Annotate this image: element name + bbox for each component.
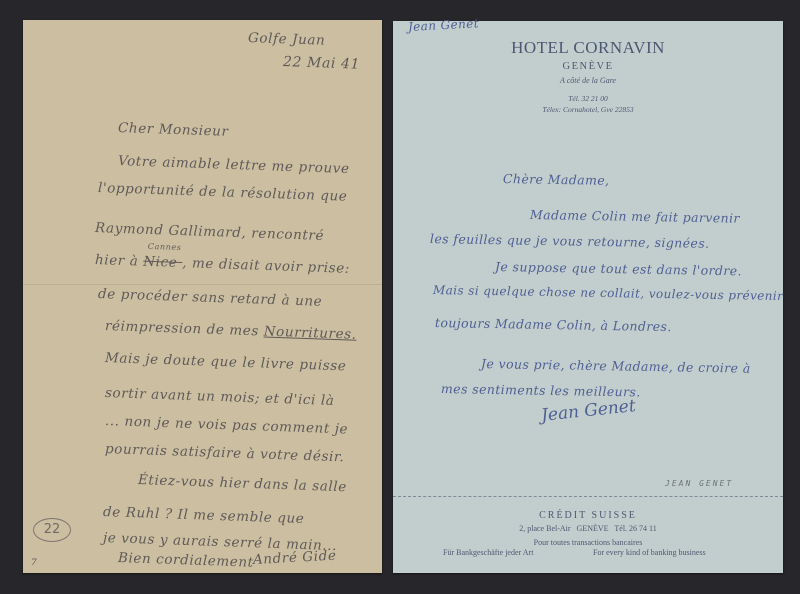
letter-line: toujours Madame Colin, à Londres. bbox=[435, 315, 672, 334]
paper-fold-line bbox=[23, 284, 382, 285]
letter-salutation: Chère Madame, bbox=[503, 171, 610, 188]
letter-line: mes sentiments les meilleurs. bbox=[441, 381, 641, 399]
letter-signature: Jean Genet bbox=[540, 396, 636, 426]
letter-line: Madame Colin me fait parvenir bbox=[530, 207, 740, 226]
letter-line: les feuilles que je vous retourne, signé… bbox=[430, 231, 710, 251]
letter-line: sortir avant un mois; et d'ici là bbox=[105, 385, 335, 409]
bank-name: CRÉDIT SUISSE bbox=[393, 510, 783, 521]
perforation-line bbox=[393, 496, 783, 497]
letter-line: Je vous prie, chère Madame, de croire à bbox=[481, 356, 751, 376]
hotel-phone: Tél. 32 21 00 bbox=[393, 94, 783, 103]
letter-line: Étiez-vous hier dans la salle bbox=[138, 472, 347, 495]
andre-gide-letter: Golfe Juan 22 Mai 41 Cher Monsieur Votre… bbox=[23, 20, 382, 573]
letter-closing: Bien cordialement bbox=[118, 550, 254, 571]
letter-line: pourrais satisfaire à votre désir. bbox=[105, 441, 345, 465]
name-stamp: JEAN GENET bbox=[665, 479, 733, 488]
hotel-name: HOTEL CORNAVIN bbox=[393, 38, 783, 58]
corner-mark: 7 bbox=[31, 558, 38, 568]
letter-line: ... non je ne vois pas comment je bbox=[105, 413, 349, 437]
hotel-tagline: A côté de la Gare bbox=[393, 76, 783, 85]
inserted-word: Cannes bbox=[148, 242, 182, 252]
archive-annotation: Jean Genet bbox=[408, 16, 480, 34]
letter-line: Votre aimable lettre me prouve bbox=[118, 153, 350, 177]
struck-word: Nice Cannes bbox=[143, 254, 183, 271]
letter-line-with-title: réimpression de mes Nourritures. bbox=[105, 318, 357, 343]
letter-line: réimpression de mes bbox=[105, 318, 259, 339]
hotel-city: GENÈVE bbox=[393, 61, 783, 72]
bank-tagline-de: Für Bankgeschäfte jeder Art bbox=[443, 548, 533, 557]
letter-line: Raymond Gallimard, rencontré bbox=[95, 220, 325, 244]
letter-signature: André Gide bbox=[253, 548, 337, 568]
bank-tagline-en: For every kind of banking business bbox=[593, 548, 706, 557]
letter-line: Je suppose que tout est dans l'ordre. bbox=[495, 259, 742, 278]
letter-line-with-correction: hier à Nice Cannes , me disait avoir pri… bbox=[95, 252, 350, 277]
letter-line: Mais si quelque chose ne collait, voulez… bbox=[433, 283, 783, 303]
letter-line: de Ruhl ? Il me semble que bbox=[103, 504, 305, 527]
book-title: Nourritures. bbox=[264, 324, 357, 343]
letter-date: 22 Mai 41 bbox=[283, 54, 361, 73]
page-number-circle: 22 bbox=[33, 518, 71, 542]
jean-genet-letter: Jean Genet HOTEL CORNAVIN GENÈVE A côté … bbox=[393, 21, 783, 573]
letter-line: hier à bbox=[95, 252, 139, 270]
letter-place: Golfe Juan bbox=[248, 30, 326, 49]
letter-line: l'opportunité de la résolution que bbox=[98, 180, 348, 205]
letter-line: Mais je doute que le livre puisse bbox=[105, 350, 347, 374]
hotel-telex: Télex: Cornahotel, Gve 22853 bbox=[393, 105, 783, 114]
letter-line: , me disait avoir prise: bbox=[182, 255, 350, 277]
letter-line: de procéder sans retard à une bbox=[98, 286, 323, 310]
letter-salutation: Cher Monsieur bbox=[118, 120, 229, 140]
bank-tagline-fr: Pour toutes transactions bancaires bbox=[393, 538, 783, 547]
bank-address: 2, place Bel-Air GENÈVE Tél. 26 74 11 bbox=[393, 524, 783, 533]
